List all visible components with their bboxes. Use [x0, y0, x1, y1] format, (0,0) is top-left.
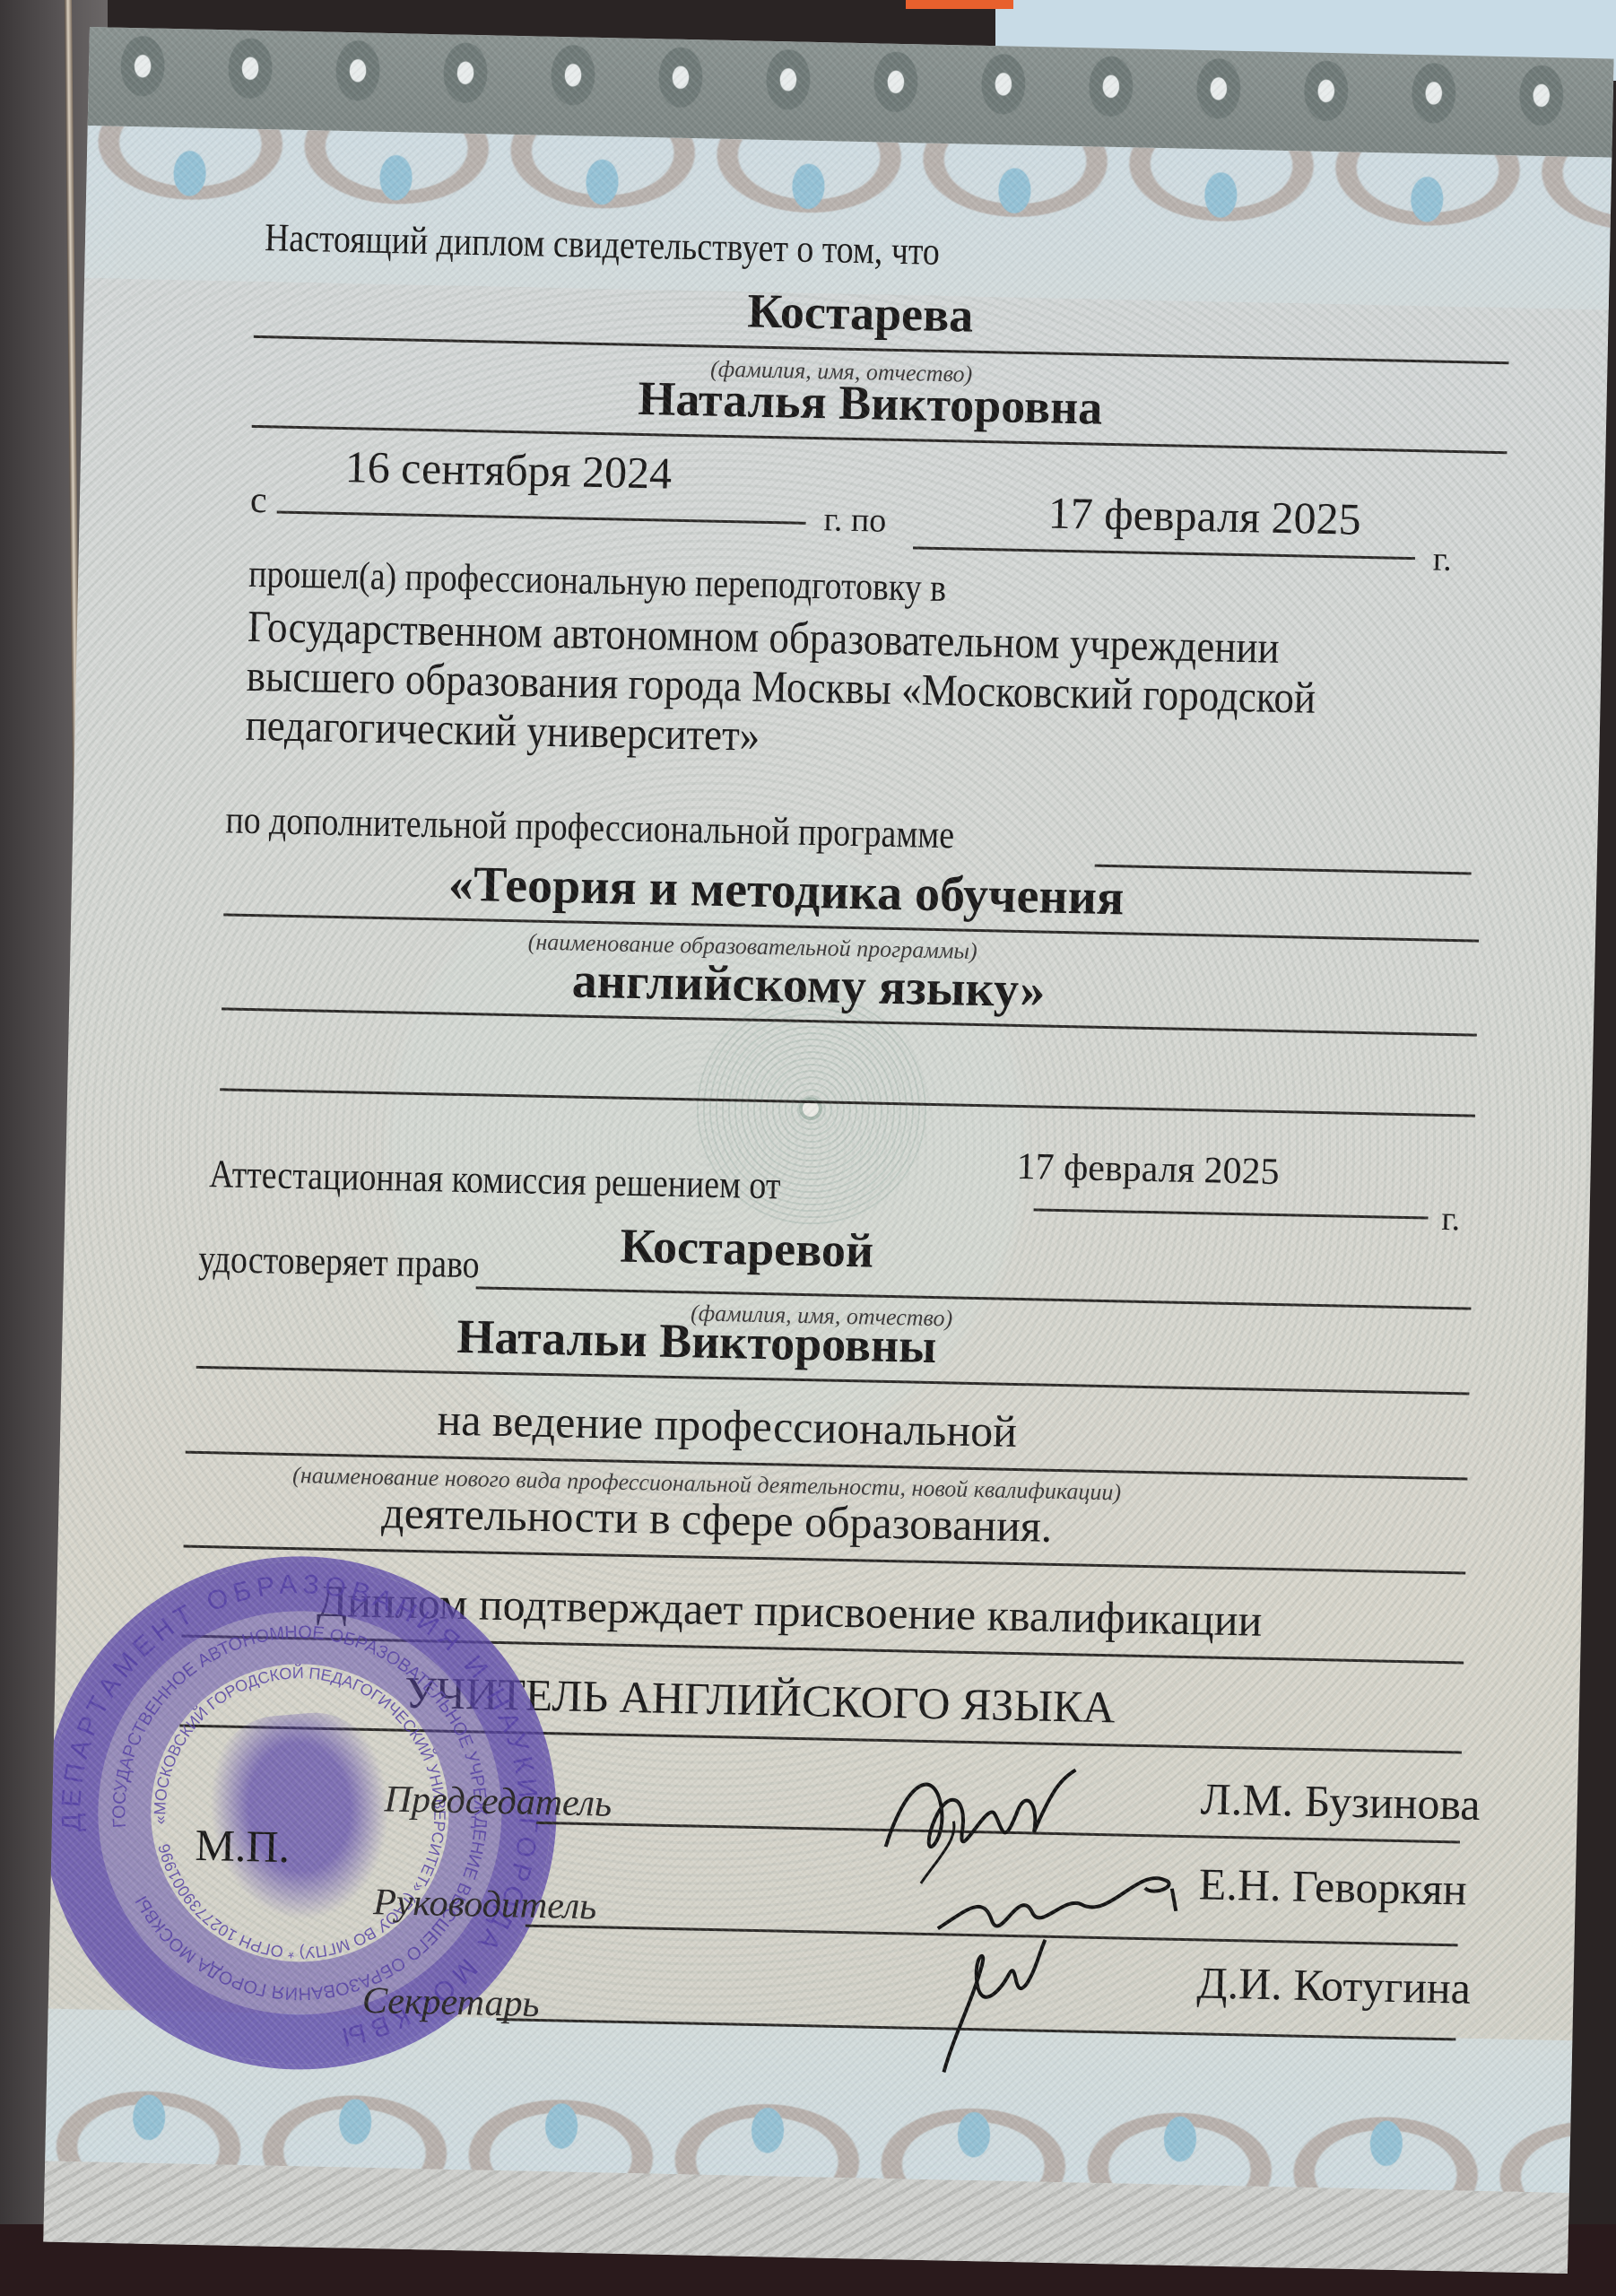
period-year-suffix: г. [1432, 540, 1452, 579]
period-mid-label: г. по [823, 500, 887, 540]
signatory-name: Д.И. Котугина [1196, 1956, 1471, 2013]
seal-label: М.П. [195, 1819, 291, 1873]
program-title-line-2: английскому языку» [571, 952, 1046, 1020]
signature-secretary [925, 1928, 1073, 2083]
signatory-name: Е.Н. Геворкян [1198, 1857, 1467, 1915]
signatory-role: Руководитель [373, 1881, 597, 1928]
signatory-name: Л.М. Бузинова [1200, 1772, 1481, 1831]
signatory-role: Председатель [384, 1778, 612, 1825]
surname-genitive: Костаревой [620, 1218, 874, 1279]
surname: Костарева [747, 283, 974, 343]
given-names: Наталья Викторовна [638, 370, 1103, 436]
attestation-year-suffix: г. [1441, 1199, 1461, 1239]
diploma-sheet: Настоящий диплом свидетельствует о том, … [43, 27, 1613, 2274]
institution-line-4: педагогический университет» [245, 699, 760, 761]
program-label: по дополнительной профессиональной прогр… [225, 796, 955, 857]
given-names-genitive: Натальи Викторовны [456, 1309, 937, 1374]
attestation-label: Аттестационная комиссия решением от [209, 1151, 781, 1208]
underline [1095, 865, 1472, 875]
underline [277, 510, 806, 524]
underline [476, 1286, 1472, 1309]
period-to-date: 17 февраля 2025 [1047, 487, 1361, 545]
activity-line-1: на ведение профессиональной [437, 1393, 1018, 1457]
period-from-date: 16 сентября 2024 [344, 440, 673, 500]
period-from-prefix: с [249, 479, 267, 522]
program-title-line-1: «Теория и методика обучения [447, 856, 1125, 927]
certifies-label: удостоверяет право [198, 1236, 480, 1288]
underline [913, 546, 1415, 560]
background-object [906, 0, 1013, 9]
attestation-date: 17 февраля 2025 [1016, 1145, 1280, 1194]
underline [1034, 1208, 1429, 1219]
